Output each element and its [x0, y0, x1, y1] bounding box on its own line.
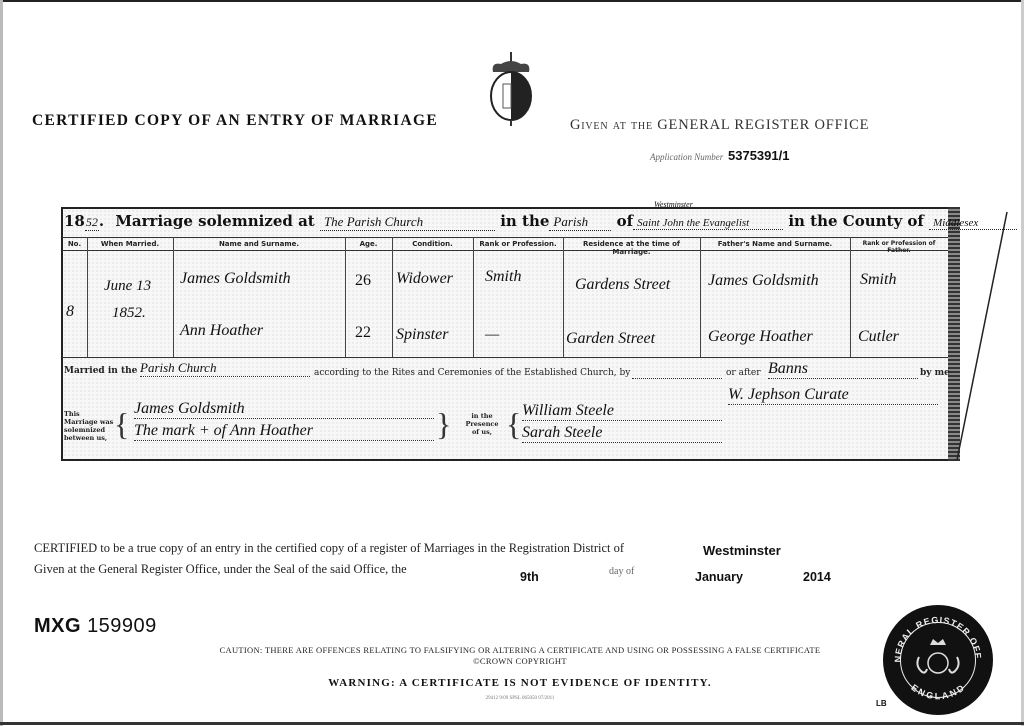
bride-father-rank: Cutler: [858, 328, 899, 346]
bride-rank: —: [485, 326, 499, 344]
groom-condition: Widower: [396, 270, 453, 288]
by-blank: [632, 378, 722, 379]
witness-2: Sarah Steele: [522, 424, 722, 443]
banns-value: Banns: [768, 360, 918, 379]
col-divider: [473, 237, 474, 357]
header-row-bottom: [62, 250, 948, 251]
col-divider: [700, 237, 701, 357]
issue-month: January: [695, 570, 743, 584]
royal-crest-icon: [483, 52, 539, 128]
according-rites-label: according to the Rites and Ceremonies of…: [314, 368, 630, 378]
col-header-age: Age.: [345, 240, 392, 248]
col-divider: [345, 237, 346, 357]
given-at-heading: Given at the GENERAL REGISTER OFFICE: [570, 117, 869, 134]
in-the-label: in the: [500, 212, 549, 230]
groom-father-name: James Goldsmith: [708, 272, 819, 290]
married-in-place: Parish Church: [140, 360, 310, 377]
registration-district: Westminster: [703, 543, 781, 558]
solemnized-between-label: This Marriage was solemnized between us,: [64, 410, 114, 442]
seal-bottom-text: ENGLAND: [909, 682, 966, 701]
svg-text:ENGLAND: ENGLAND: [909, 682, 966, 701]
parish-name: Saint John the Evangelist: [633, 217, 783, 230]
general-register-office-seal-icon: GENERAL REGISTER OFFICE ENGLAND: [883, 605, 993, 715]
marriage-date: June 13: [104, 278, 151, 295]
or-after-label: or after: [726, 368, 761, 378]
entry-number: 8: [66, 303, 74, 321]
top-border: [0, 0, 1024, 2]
col-divider: [87, 237, 88, 357]
col-header-condition: Condition.: [392, 240, 473, 248]
groom-rank: Smith: [485, 268, 521, 286]
entry-row-bottom: [62, 357, 948, 358]
year-suffix: 52: [85, 215, 99, 231]
col-header-name: Name and Surname.: [173, 240, 345, 248]
officiant-signature: W. Jephson Curate: [728, 386, 938, 405]
brace-witness: {: [506, 404, 521, 444]
col-header-rank: Rank or Profession.: [473, 240, 563, 248]
col-header-father-name: Father's Name and Surname.: [700, 240, 850, 248]
issue-day: 9th: [520, 570, 539, 584]
day-of-label: day of: [609, 566, 634, 577]
application-number: 5375391/1: [728, 148, 789, 163]
church-place: The Parish Church: [320, 214, 495, 231]
issue-year: 2014: [803, 570, 831, 584]
serial-prefix: MXG: [34, 615, 81, 637]
marriage-year: 1852.: [112, 305, 146, 322]
parish-note: Westminster: [654, 200, 693, 209]
groom-age: 26: [355, 272, 371, 290]
bride-mark: The mark + of Ann Hoather: [134, 422, 434, 441]
county-label: in the County of: [788, 212, 924, 230]
application-number-label: Application Number: [650, 152, 723, 162]
col-divider: [850, 237, 851, 357]
clerk-initials: LB: [876, 699, 887, 708]
groom-name: James Goldsmith: [180, 270, 291, 288]
groom-signature: James Goldsmith: [134, 400, 434, 419]
certificate-serial: MXG159909: [34, 615, 157, 638]
col-divider: [173, 237, 174, 357]
bride-residence: Garden Street: [566, 330, 655, 348]
print-code: 29412 9/09 SPSL 065050 07/2011: [200, 696, 840, 701]
bride-age: 22: [355, 324, 371, 342]
col-header-no: No.: [62, 240, 87, 248]
witness-1: William Steele: [522, 402, 722, 421]
of-label: of: [617, 212, 633, 230]
left-edge: [0, 0, 3, 726]
header-row-top: [62, 237, 948, 238]
bride-father-name: George Hoather: [708, 328, 813, 346]
year-prefix: 18: [64, 212, 85, 230]
presence-label: in the Presence of us,: [462, 412, 502, 436]
married-in-label: Married in the: [64, 366, 137, 376]
register-heading: 1852. Marriage solemnized at The Parish …: [64, 212, 1017, 231]
certification-statement: CERTIFIED to be a true copy of an entry …: [34, 541, 624, 556]
bride-condition: Spinster: [396, 326, 448, 344]
col-header-residence: Residence at the time of Marriage.: [563, 240, 700, 256]
groom-residence: Gardens Street: [575, 276, 670, 294]
col-header-when: When Married.: [87, 240, 173, 248]
given-under-seal-statement: Given at the General Register Office, un…: [34, 562, 407, 577]
serial-number: 159909: [87, 615, 157, 637]
col-divider: [392, 237, 393, 357]
solemnized-label: Marriage solemnized at: [115, 212, 314, 230]
identity-warning: WARNING: A CERTIFICATE IS NOT EVIDENCE O…: [200, 677, 840, 689]
brace-left: {: [114, 404, 129, 444]
col-header-father-rank: Rank or Profession of Father.: [850, 240, 948, 254]
by-me-label: by me: [920, 368, 950, 378]
caution-notice: CAUTION: THERE ARE OFFENCES RELATING TO …: [200, 645, 840, 667]
bride-name: Ann Hoather: [180, 322, 263, 340]
document-title: CERTIFIED COPY OF AN ENTRY OF MARRIAGE: [32, 112, 438, 130]
cancellation-line: [955, 210, 1015, 465]
bottom-border: [0, 722, 1024, 725]
brace-right: }: [436, 404, 451, 444]
groom-father-rank: Smith: [860, 271, 896, 289]
parish-type: Parish: [549, 214, 611, 231]
